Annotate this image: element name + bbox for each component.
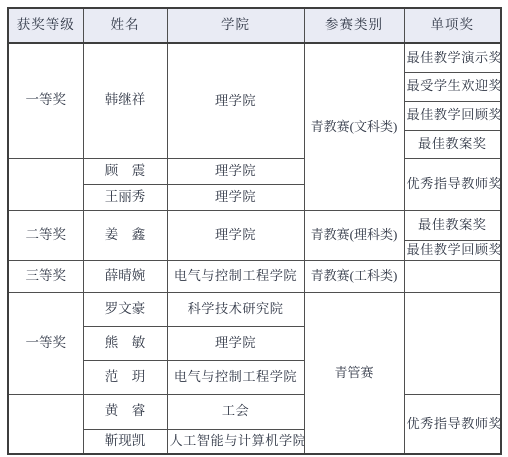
column-header-college: 学院 (167, 8, 304, 43)
header-row: 获奖等级姓名学院参赛类别单项奖 (8, 8, 501, 43)
cell-college: 电气与控制工程学院 (167, 360, 304, 394)
cell-college: 人工智能与计算机学院 (167, 429, 304, 454)
cell-college: 电气与控制工程学院 (167, 260, 304, 292)
cell-college: 工会 (167, 394, 304, 429)
cell-college: 理学院 (167, 210, 304, 260)
cell-category: 青管赛 (304, 292, 404, 454)
table-row: 黄 睿工会优秀指导教师奖 (8, 394, 501, 429)
cell-individual-award: 最佳教案奖 (404, 210, 501, 240)
column-header-name: 姓名 (83, 8, 167, 43)
cell-college: 理学院 (167, 184, 304, 210)
cell-award-level: 三等奖 (8, 260, 83, 292)
document-page: 获奖等级姓名学院参赛类别单项奖 一等奖韩继祥理学院青教赛(文科类)最佳教学演示奖… (0, 0, 508, 457)
cell-category: 青教赛(理科类) (304, 210, 404, 260)
cell-individual-award (404, 260, 501, 292)
cell-category: 青教赛(文科类) (304, 43, 404, 210)
cell-name: 薛晴婉 (83, 260, 167, 292)
cell-award-level (8, 158, 83, 210)
cell-name: 熊 敏 (83, 326, 167, 360)
award-table: 获奖等级姓名学院参赛类别单项奖 一等奖韩继祥理学院青教赛(文科类)最佳教学演示奖… (7, 7, 502, 455)
cell-name: 黄 睿 (83, 394, 167, 429)
column-header-award-level: 获奖等级 (8, 8, 83, 43)
cell-college: 理学院 (167, 43, 304, 158)
table-row: 一等奖韩继祥理学院青教赛(文科类)最佳教学演示奖 (8, 43, 501, 72)
cell-name: 姜 鑫 (83, 210, 167, 260)
cell-individual-award (404, 292, 501, 394)
cell-individual-award: 优秀指导教师奖 (404, 394, 501, 454)
cell-name: 韩继祥 (83, 43, 167, 158)
cell-individual-award: 最佳教学回顾奖 (404, 101, 501, 130)
cell-award-level: 一等奖 (8, 43, 83, 158)
column-header-individual-award: 单项奖 (404, 8, 501, 43)
cell-college: 科学技术研究院 (167, 292, 304, 326)
cell-individual-award: 最佳教学演示奖 (404, 43, 501, 72)
cell-name: 顾 震 (83, 158, 167, 184)
cell-name: 靳现凯 (83, 429, 167, 454)
table-row: 一等奖罗文豪科学技术研究院青管赛 (8, 292, 501, 326)
cell-award-level: 一等奖 (8, 292, 83, 394)
cell-name: 范 玥 (83, 360, 167, 394)
table-row: 顾 震理学院优秀指导教师奖 (8, 158, 501, 184)
table-header-row: 获奖等级姓名学院参赛类别单项奖 (8, 8, 501, 43)
table-body: 一等奖韩继祥理学院青教赛(文科类)最佳教学演示奖最受学生欢迎奖最佳教学回顾奖最佳… (8, 43, 501, 454)
cell-award-level (8, 394, 83, 454)
cell-individual-award: 最受学生欢迎奖 (404, 72, 501, 101)
column-header-category: 参赛类别 (304, 8, 404, 43)
cell-award-level: 二等奖 (8, 210, 83, 260)
cell-college: 理学院 (167, 326, 304, 360)
cell-name: 王丽秀 (83, 184, 167, 210)
cell-individual-award: 最佳教案奖 (404, 130, 501, 158)
cell-name: 罗文豪 (83, 292, 167, 326)
cell-individual-award: 最佳教学回顾奖 (404, 240, 501, 260)
table-row: 二等奖姜 鑫理学院青教赛(理科类)最佳教案奖 (8, 210, 501, 240)
cell-college: 理学院 (167, 158, 304, 184)
cell-individual-award: 优秀指导教师奖 (404, 158, 501, 210)
table-row: 三等奖薛晴婉电气与控制工程学院青教赛(工科类) (8, 260, 501, 292)
cell-category: 青教赛(工科类) (304, 260, 404, 292)
